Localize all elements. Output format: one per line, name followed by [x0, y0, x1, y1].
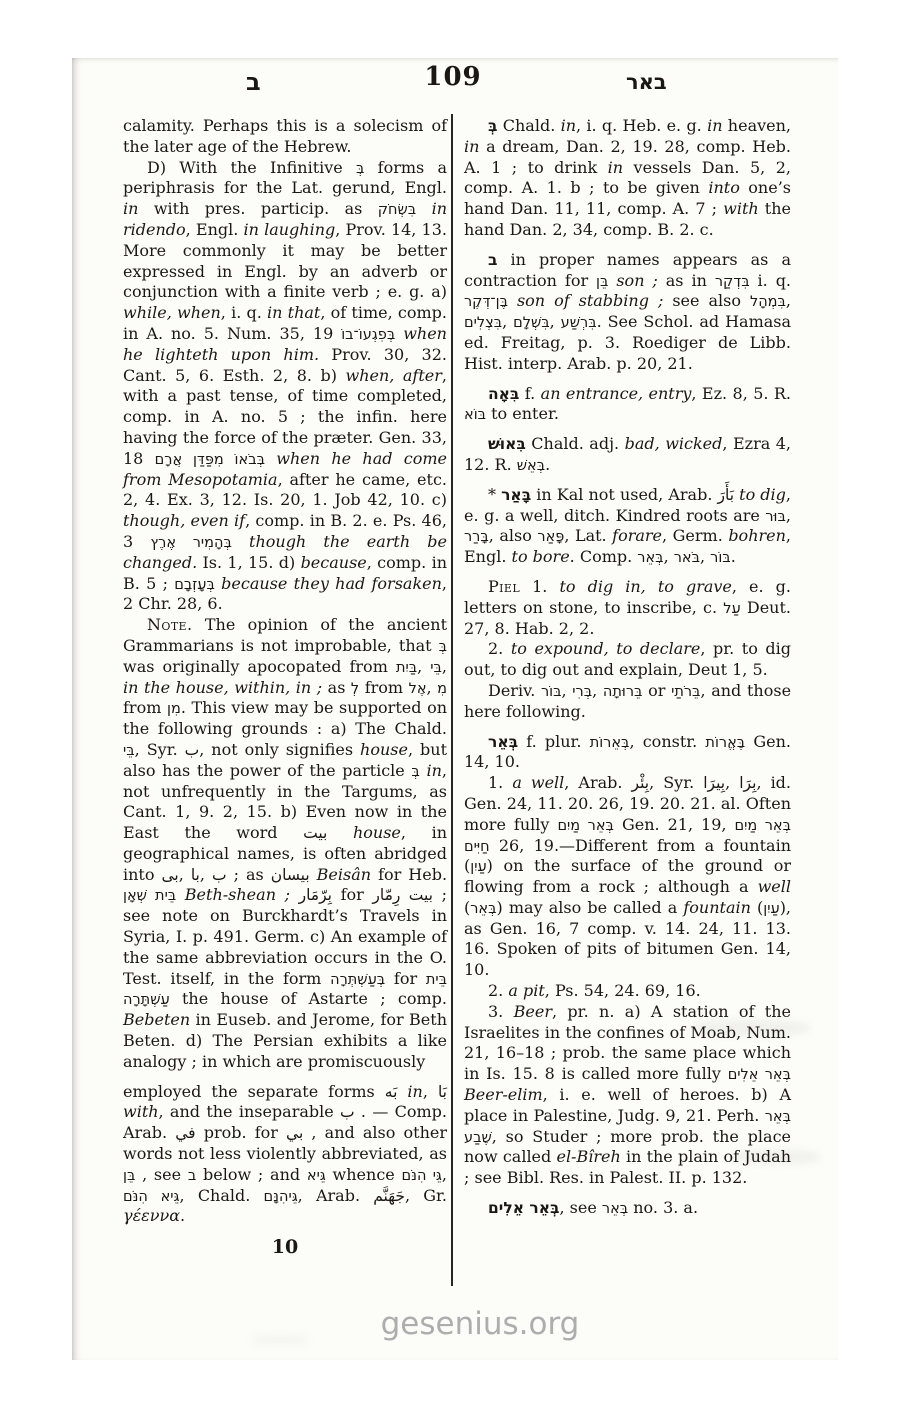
hebrew-text: בּוּר — [765, 509, 786, 525]
text-run: , — [786, 506, 791, 525]
arabic-text: بَأَرَ — [718, 486, 735, 504]
text-run: employed the separate forms — [123, 1082, 385, 1101]
text-run: , — [562, 681, 573, 700]
hebrew-text: בִּצְלִים — [464, 315, 502, 331]
hebrew-text: בְּבֹאוֹ מִפַּדַּן אֲרָם — [155, 452, 265, 468]
paragraph: בְּאֵר אֵלִים, see בְּאֵר no. 3. a. — [464, 1198, 791, 1219]
text-run: . Comp. — [570, 547, 638, 566]
hebrew-text: בֵּרֹתַי — [671, 684, 700, 700]
hebrew-text: בְּאֵשׁ — [517, 458, 545, 474]
text-run: , — [200, 865, 212, 884]
italic-text: with — [123, 1102, 159, 1121]
italic-text: a well — [512, 773, 564, 792]
hebrew-text: בִּדְקַר — [715, 274, 750, 290]
italic-text: in — [426, 761, 441, 780]
text-run: , not only signifies — [199, 740, 360, 759]
hebrew-text: אֶל — [409, 681, 427, 697]
text-run: , — [502, 312, 513, 331]
arabic-text: با — [191, 866, 200, 884]
hebrew-text: לְ — [351, 681, 359, 697]
text-run: , — [442, 657, 447, 676]
header-hebrew-letter: ב — [246, 68, 261, 96]
arabic-text: في — [175, 1124, 195, 1142]
paragraph: בְּ Chald. in, i. q. Heb. e. g. in heave… — [464, 116, 791, 241]
hebrew-text: מִ — [437, 681, 447, 697]
paragraph: בִּאָה f. an entrance, entry, Ez. 8, 5. … — [464, 384, 791, 426]
text-run: , Arab. — [298, 1186, 374, 1205]
text-run: prob. for — [196, 1123, 286, 1142]
small-caps-label: Piel — [488, 577, 520, 596]
hebrew-headword: בִּאָה — [488, 385, 519, 403]
text-run: , Gr. — [405, 1186, 447, 1205]
italic-text: to dig — [739, 485, 786, 504]
italic-text: a pit — [508, 981, 544, 1000]
arabic-text: ب — [185, 741, 200, 759]
italic-text: Beisân — [317, 865, 371, 884]
hebrew-headword: בְּאֵר אֵלִים — [488, 1199, 559, 1217]
text-run: , Ez. 8, 5. R. — [691, 384, 791, 403]
signature-mark: 10 — [123, 1237, 447, 1258]
text-run: Chald. adj. — [526, 434, 625, 453]
arabic-text: بى — [162, 866, 179, 884]
text-run: , Germ. — [662, 526, 728, 545]
hebrew-text: בְּאֵר אֵלִים — [728, 1067, 791, 1083]
text-run: , — [423, 1082, 438, 1101]
hebrew-text: בְּ — [439, 639, 447, 655]
hebrew-headword: בְּאֵר — [488, 733, 518, 751]
text-run: , Chald. — [180, 1186, 264, 1205]
text-run: f. — [519, 384, 540, 403]
paragraph: Note. The opinion of the ancient Grammar… — [123, 615, 447, 1073]
hebrew-text: בּוֹר — [710, 550, 731, 566]
text-run: , — [786, 291, 791, 310]
hebrew-text: בְּ — [411, 764, 419, 780]
hebrew-text: פָּאַר — [537, 529, 564, 545]
text-run: 1. — [488, 773, 512, 792]
text-run: Is. 1, 15. d) — [197, 553, 300, 572]
arabic-text: بِرّمَار — [299, 886, 332, 904]
italic-text: when, after — [346, 366, 442, 385]
text-run: , Arab. — [564, 773, 631, 792]
text-run: D) With the Infinitive — [147, 158, 356, 177]
text-run — [290, 885, 299, 904]
hebrew-text: בִּמְהָל — [750, 294, 786, 310]
left-column: calamity. Perhaps this is a solecism of … — [123, 116, 447, 1258]
page-number: 109 — [403, 62, 503, 92]
italic-text: with — [723, 199, 759, 218]
italic-text: in the house, within, in ; — [123, 678, 322, 697]
italic-text: house — [360, 740, 408, 759]
text-run: 2. — [488, 981, 508, 1000]
italic-text: house — [353, 823, 401, 842]
text-run: . — [545, 455, 550, 474]
hebrew-text: בְּאֵר מַיִם — [557, 818, 614, 834]
italic-text: because — [301, 553, 367, 572]
text-run: Deriv. — [488, 681, 541, 700]
text-run: f. plur. — [518, 732, 590, 751]
arabic-text: بِرَا — [739, 774, 756, 792]
italic-text: Beth-shean ; — [185, 885, 290, 904]
italic-text: in — [561, 116, 576, 135]
hebrew-headword: בָּאַר — [501, 486, 531, 504]
hebrew-text: בֵּי — [430, 660, 442, 676]
text-run — [265, 449, 276, 468]
text-run: Chald. — [497, 116, 560, 135]
text-run: 2. — [488, 639, 511, 658]
text-run: calamity. Perhaps this is a solecism of … — [123, 116, 447, 156]
text-run: or — [642, 681, 671, 700]
hebrew-text: עַיִן — [470, 859, 486, 875]
small-caps-label: Note. — [147, 615, 192, 634]
hebrew-text: מִן — [167, 701, 181, 717]
paragraph: 2. to expound, to declare, pr. to dig ou… — [464, 639, 791, 681]
italic-text: to expound, to declare — [511, 639, 701, 658]
italic-text: to dig in, to grave — [559, 577, 731, 596]
paragraph: בְּאֵר f. plur. בְּאֵרוֹת, constr. בֶּאֱ… — [464, 732, 791, 774]
hebrew-text: בִּשְׁלָם — [513, 315, 550, 331]
arabic-text: بِيرَا — [703, 774, 725, 792]
italic-text: bohren — [728, 526, 786, 545]
italic-text: son of stabbing ; — [517, 291, 663, 310]
italic-text: in — [464, 137, 479, 156]
hebrew-text: בֶּן־דְּקֶר — [464, 294, 508, 310]
text-run: whence — [326, 1165, 402, 1184]
left-column-text: calamity. Perhaps this is a solecism of … — [123, 116, 447, 1227]
paragraph: 2. a pit, Ps. 54, 24. 69, 16. — [464, 981, 791, 1002]
italic-text: well — [758, 877, 791, 896]
text-run: , — [550, 312, 561, 331]
text-run: * — [488, 485, 501, 504]
paragraph: employed the separate forms بَه in, بَا … — [123, 1082, 447, 1228]
paragraph: בִּאוּשׁ Chald. adj. bad, wicked, Ezra 4… — [464, 434, 791, 476]
hebrew-text: בְּעַשְׁתְּרָה — [330, 972, 385, 988]
text-run: for — [332, 885, 372, 904]
text-run: , Syr. — [649, 773, 703, 792]
hebrew-text: בִּרְשַׁע — [561, 315, 597, 331]
hebrew-text: בֵּרוּתָה — [603, 684, 643, 700]
italic-text: in that — [267, 303, 320, 322]
text-run: , — [725, 773, 739, 792]
italic-text: bad, wicked — [625, 434, 723, 453]
italic-text: in laughing — [244, 220, 336, 239]
hebrew-text: בֵּית שְׁאָן — [123, 888, 176, 904]
italic-text: son ; — [616, 271, 657, 290]
text-run: was originally apocopated from — [123, 657, 396, 676]
arabic-text: ب — [340, 1103, 355, 1121]
text-run: in Kal not used, Arab. — [531, 485, 717, 504]
arabic-text: بيت رِمّار — [372, 886, 433, 904]
text-run: i. q. — [750, 271, 791, 290]
italic-text: in — [707, 116, 722, 135]
column-divider-rule — [451, 114, 453, 1286]
text-run: . — [180, 1206, 185, 1225]
greek-text: γέεννα — [123, 1206, 180, 1225]
italic-text: in — [608, 158, 623, 177]
text-run: see also — [663, 291, 750, 310]
text-run: , — [664, 547, 674, 566]
text-run: as — [322, 678, 351, 697]
text-run: , — [417, 657, 430, 676]
text-run — [176, 885, 185, 904]
text-run: heaven, — [723, 116, 792, 135]
hebrew-headword: בִּאוּשׁ — [488, 435, 526, 453]
hebrew-text: בְּאֵרוֹת — [590, 735, 630, 751]
hebrew-text: בְּעָזְבָם — [174, 577, 215, 593]
arabic-text: بيت — [303, 824, 327, 842]
italic-text: while, when — [123, 303, 221, 322]
arabic-text: بيسان — [271, 866, 310, 884]
hebrew-text: בָּרַר — [464, 529, 489, 545]
arabic-text: بَا — [438, 1083, 447, 1101]
paragraph: Deriv. בּוֹר, בְּרִי, בֵּרוּתָה or בֵּרֹ… — [464, 681, 791, 723]
hebrew-text: עַל — [723, 601, 740, 617]
text-run: the house of Astarte ; comp. — [170, 989, 447, 1008]
text-run: as in — [658, 271, 715, 290]
text-run — [416, 199, 431, 218]
hebrew-text: בְּרִי — [572, 684, 592, 700]
text-run: , — [179, 865, 191, 884]
text-run: , Lat. — [564, 526, 612, 545]
paragraph: ב in proper names appears as a contracti… — [464, 250, 791, 375]
text-run: , also — [489, 526, 538, 545]
text-run: , — [427, 678, 438, 697]
text-run: below ; and — [196, 1165, 307, 1184]
text-run — [310, 865, 317, 884]
paragraph: Piel 1. to dig in, to grave, e. g. lette… — [464, 577, 791, 639]
hebrew-text: גֵּיא — [307, 1168, 326, 1184]
right-column: בְּ Chald. in, i. q. Heb. e. g. in heave… — [464, 116, 791, 1219]
hebrew-text: בֵּי — [123, 743, 135, 759]
hebrew-text: בֹּאר — [674, 550, 700, 566]
text-run: , see — [135, 1165, 188, 1184]
text-run: 3. — [488, 1002, 514, 1021]
hebrew-text: בְּאֵר — [637, 550, 663, 566]
text-run: , see — [559, 1198, 601, 1217]
text-run: for — [385, 969, 426, 988]
text-run: , — [442, 1165, 447, 1184]
text-run: , — [592, 681, 603, 700]
paragraph: D) With the Infinitive בְּ forms a perip… — [123, 158, 447, 616]
text-run: . — [731, 547, 736, 566]
paragraph: calamity. Perhaps this is a solecism of … — [123, 116, 447, 158]
header-hebrew-catchword: באר — [626, 70, 667, 94]
text-run: , Syr. — [135, 740, 185, 759]
text-run: , i. q. Heb. e. g. — [576, 116, 707, 135]
arabic-text: بِئْر — [632, 774, 650, 792]
italic-text: forare — [612, 526, 662, 545]
text-run: Gen. 21, 19, — [614, 815, 735, 834]
hebrew-text: גֵּי הִנֹּם — [402, 1168, 442, 1184]
text-run — [327, 823, 353, 842]
italic-text: fountain — [683, 898, 751, 917]
hebrew-text: בְּפִגְעוֹ־בוֹ — [341, 327, 395, 343]
text-run: , Engl. — [186, 220, 244, 239]
italic-text: in — [407, 1082, 422, 1101]
italic-text: Bebeten — [123, 1010, 190, 1029]
hebrew-text: גֵּיהִנָּם — [264, 1189, 298, 1205]
italic-text: because they had forsaken — [221, 574, 442, 593]
italic-text: in — [123, 199, 138, 218]
text-run: , constr. — [629, 732, 705, 751]
text-run — [232, 532, 249, 551]
text-run: from — [359, 678, 408, 697]
arabic-text: ب — [212, 866, 227, 884]
text-run: to enter. — [486, 404, 559, 423]
hebrew-text: בֶּאֱרוֹת — [705, 735, 745, 751]
text-run: , Ps. 54, 24. 69, 16. — [545, 981, 701, 1000]
arabic-text: بي — [286, 1124, 303, 1142]
arabic-text: بَه — [385, 1083, 398, 1101]
text-run: ) may also be called a — [497, 898, 684, 917]
hebrew-text: בְּאֵר — [602, 1201, 628, 1217]
italic-text: Beer-elim — [464, 1085, 543, 1104]
hebrew-text: בְּאֵר — [470, 901, 496, 917]
text-run: , and the inseparable — [159, 1102, 340, 1121]
hebrew-text: בִּשְׂחֹק — [378, 202, 416, 218]
watermark: gesenius.org — [381, 1306, 580, 1342]
text-run — [395, 324, 403, 343]
text-run: for Heb. — [371, 865, 447, 884]
text-run: , i. q. — [221, 303, 267, 322]
text-run: 1. — [520, 577, 559, 596]
hebrew-text: בּוֹא — [464, 407, 486, 423]
italic-text: el-Bîreh — [556, 1147, 620, 1166]
right-column-text: בְּ Chald. in, i. q. Heb. e. g. in heave… — [464, 116, 791, 1219]
italic-text: though, even if — [123, 511, 245, 530]
text-run: , — [700, 547, 710, 566]
italic-text: into — [708, 178, 739, 197]
hebrew-text: בְּהָמִיר אֶרֶץ — [150, 535, 232, 551]
hebrew-text: בֵּן — [596, 274, 608, 290]
hebrew-text: בּוֹר — [541, 684, 562, 700]
arabic-text: جَهَنَّم — [373, 1187, 405, 1205]
hebrew-text: בַּיִת — [396, 660, 417, 676]
paragraph: 3. Beer, pr. n. a) A station of the Isra… — [464, 1002, 791, 1189]
text-run: from — [123, 698, 167, 717]
hebrew-text: ב — [188, 1168, 196, 1184]
paragraph: 1. a well, Arab. بِئْر, Syr. بِيرَا, بِر… — [464, 773, 791, 981]
text-run — [508, 291, 517, 310]
italic-text: Beer — [514, 1002, 552, 1021]
italic-text: to bore — [512, 547, 570, 566]
text-run: with pres. particip. as — [138, 199, 377, 218]
text-run: ; as — [227, 865, 271, 884]
text-run: ) on the surface of the ground or flowin… — [464, 856, 791, 896]
bleed-through-smudge — [250, 1335, 310, 1345]
paragraph: * בָּאַר in Kal not used, Arab. بَأَرَ t… — [464, 485, 791, 568]
hebrew-text: גֵּיא הִנֹּם — [123, 1189, 180, 1205]
italic-text: an entrance, entry — [541, 384, 692, 403]
text-run: ( — [751, 898, 763, 917]
hebrew-text: בֵּן — [123, 1168, 135, 1184]
text-run: no. 3. a. — [628, 1198, 698, 1217]
hebrew-text: עַיִן — [763, 901, 779, 917]
text-run — [397, 1082, 407, 1101]
